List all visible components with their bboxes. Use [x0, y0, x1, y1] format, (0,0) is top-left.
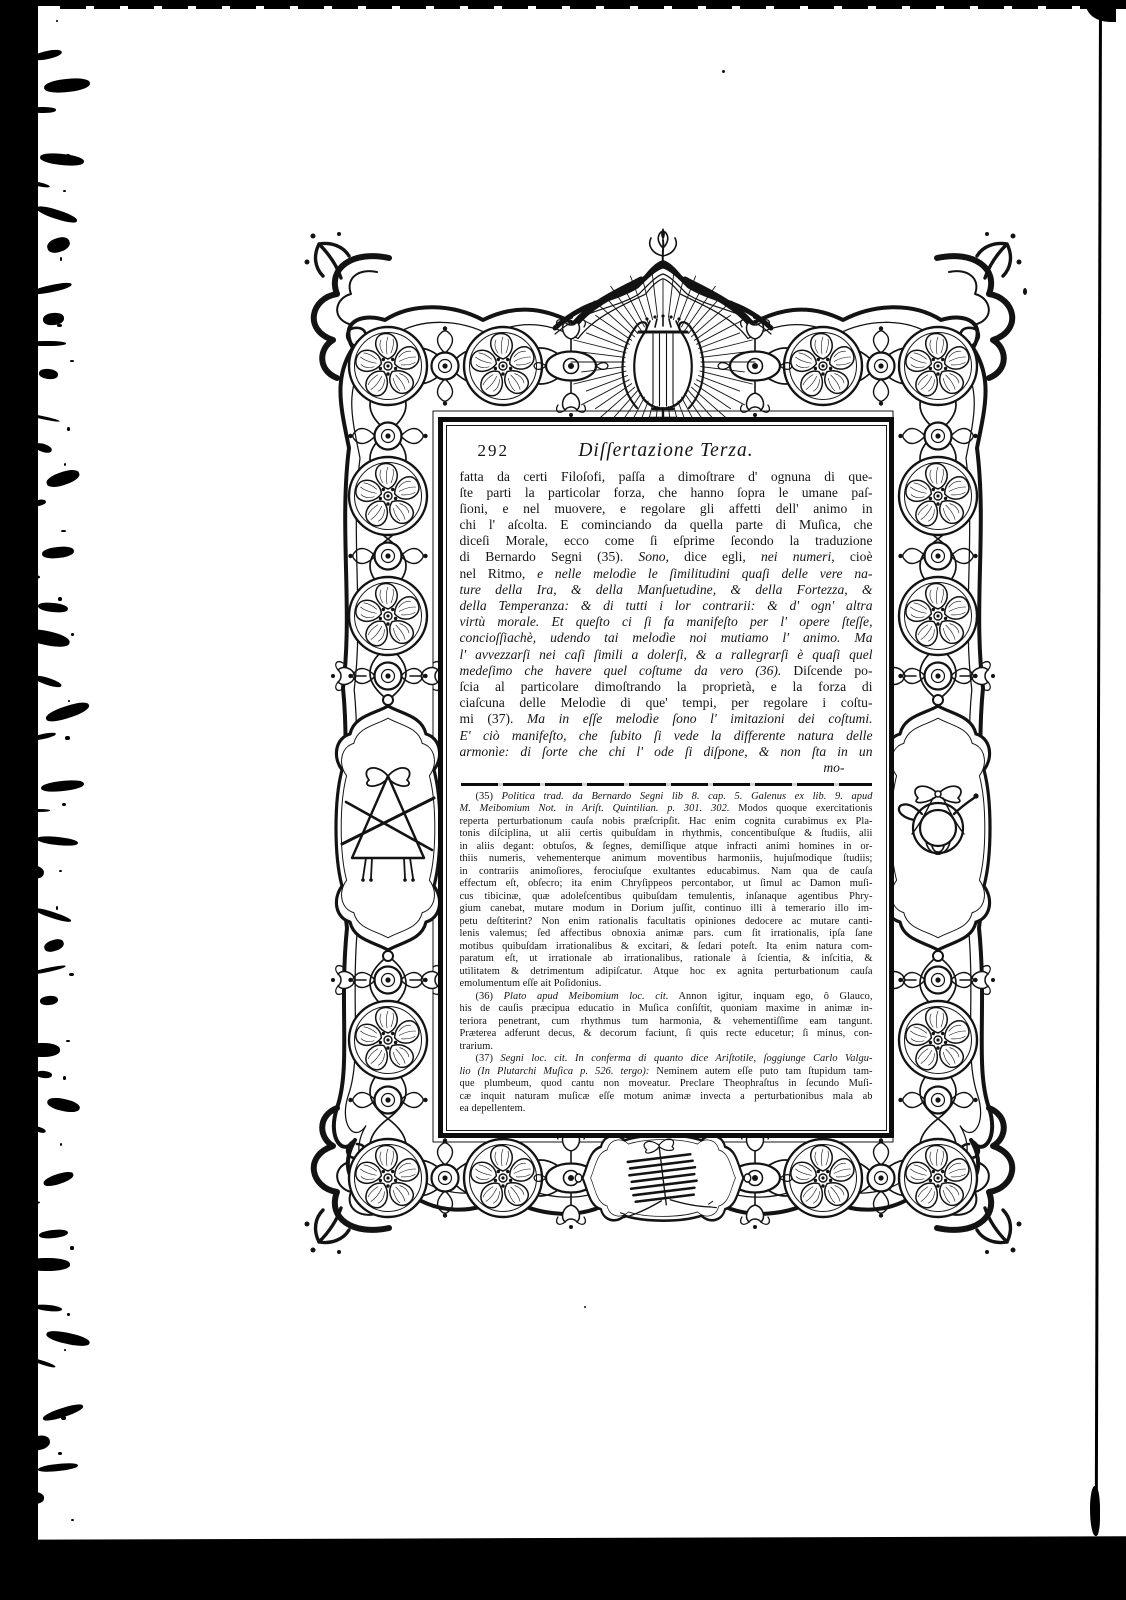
torn-edge-speck	[71, 1519, 74, 1521]
ring-link-icon	[432, 326, 459, 405]
plume-finial-icon	[650, 228, 677, 264]
text-line: diceſi Morale, ecco come ſi eſprime ſeco…	[460, 533, 873, 549]
torn-edge-streak	[22, 626, 71, 649]
footnote-separator-rule	[461, 783, 872, 786]
page-edge-blot	[1090, 1486, 1100, 1536]
text-line: mi (37). Ma in eſſe melodìe ſono l' imit…	[460, 711, 873, 727]
text-line: concioſſiachè, udendo tai melodìe noi mu…	[460, 630, 873, 646]
torn-edge-streak	[45, 235, 71, 255]
page-edge-line	[1095, 7, 1102, 1535]
rosette-icon	[464, 327, 542, 405]
tulip-icon	[741, 382, 770, 417]
torn-edge-streak	[46, 1096, 81, 1115]
torn-edge-speck	[67, 427, 70, 431]
ring-link-icon	[348, 1087, 427, 1114]
text-line: trarium.	[460, 1041, 873, 1054]
text-line: ciaſcuna delle Melodìe di que' tempi, pe…	[460, 695, 873, 711]
torn-edge-streak	[35, 1304, 62, 1313]
text-line: (36) Plato apud Meibomium loc. cit. Anno…	[460, 991, 873, 1004]
rosette-icon	[899, 577, 977, 655]
text-line: virtù morale. Et queſto ci ſi fa manifeſ…	[460, 614, 873, 630]
torn-edge-speck	[64, 1349, 66, 1351]
torn-edge-streak	[24, 1258, 70, 1271]
torn-edge-speck	[70, 1246, 74, 1250]
torn-edge-streak	[37, 835, 79, 847]
torn-edge-speck	[63, 190, 66, 192]
text-line: gium canebat, mutare modum in Dorium juſ…	[460, 903, 873, 916]
catchword: mo-	[460, 760, 873, 777]
torn-edge-speck	[57, 324, 62, 327]
torn-edge-streak	[31, 499, 47, 508]
text-line: di Bernardo Segni (35). Sono, dice egli,…	[460, 549, 873, 565]
torn-edge-streak	[32, 48, 62, 62]
torn-edge-streak	[27, 575, 40, 579]
panpipes-cartouche	[575, 1134, 751, 1220]
text-line: in contrariis animoſiores, ferociuſque e…	[460, 866, 873, 879]
torn-edge-speck	[67, 1313, 70, 1316]
torn-edge-streak	[33, 906, 72, 924]
text-line: E' ciò manifeſto, che ſubito ſi vede la …	[460, 728, 873, 744]
torn-edge-speck	[56, 906, 58, 910]
torn-edge-speck	[64, 463, 66, 466]
torn-edge-streak	[43, 77, 90, 95]
scan-bottom-edge	[0, 1542, 1126, 1600]
eye-ring-icon	[718, 352, 792, 381]
text-line: emolumentum eſſe ait Poſidonius.	[460, 978, 873, 991]
torn-edge-streak	[28, 341, 66, 346]
torn-edge-speck	[61, 1416, 66, 1420]
text-line: ea depellentem.	[460, 1103, 873, 1116]
torn-edge-streak	[21, 863, 45, 880]
rosette-icon	[784, 1139, 862, 1217]
torn-edge-streak	[28, 1201, 40, 1206]
text-line: tonis diſciplina, ut alii certis quibuſd…	[460, 828, 873, 841]
text-line: della Temperanza: & di tutti i lor contr…	[460, 598, 873, 614]
text-frame-inner-rule: 292 Diſſertazione Terza. fatta da certi …	[446, 425, 887, 1131]
torn-edge-speck	[58, 1452, 62, 1455]
torn-edge-streak	[39, 368, 59, 380]
torn-edge-speck	[60, 1143, 62, 1146]
text-line: fatta da certi Filoſofi, paſſa a dimoſtr…	[460, 469, 873, 485]
ring-link-icon	[898, 1087, 977, 1114]
ink-fleck	[584, 1306, 586, 1308]
text-line: cæ inquit naturam muſicæ eſſe motum anim…	[460, 1091, 873, 1104]
text-line: paratum eſt, ut irrationale ab irrationa…	[460, 953, 873, 966]
torn-edge-streak	[44, 699, 91, 724]
text-line: in aliis degant: obtuſos, & ſegnes, demi…	[460, 841, 873, 854]
torn-edge-speck	[62, 803, 66, 806]
torn-edge-streak	[43, 937, 65, 954]
triangle-cartouche	[336, 695, 440, 961]
text-line: ſcia al particolare dimoſtrando la propr…	[460, 679, 873, 695]
page-header: 292 Diſſertazione Terza.	[460, 440, 873, 462]
footnotes: (35) Politica trad. da Bernardo Segni li…	[460, 791, 873, 1116]
text-line: (35) Politica trad. da Bernardo Segni li…	[460, 791, 873, 804]
torn-edge-streak	[41, 779, 85, 793]
torn-edge-streak	[26, 1434, 51, 1452]
torn-edge-speck	[57, 1179, 62, 1181]
rosette-icon	[349, 1139, 427, 1217]
page-title: Diſſertazione Terza.	[530, 440, 803, 462]
torn-edge-speck	[63, 1076, 66, 1080]
torn-edge-speck	[61, 530, 66, 532]
ring-link-icon	[868, 326, 895, 405]
torn-edge-streak	[22, 2, 34, 9]
text-line: lenis valemus; ſed affectibus obnoxia an…	[460, 928, 873, 941]
tulip-icon	[557, 382, 586, 417]
text-line: (37) Segni loc. cit. In conferma di quan…	[460, 1053, 873, 1066]
torn-edge-streak	[40, 152, 85, 168]
text-line: medeſimo che havere quel coſtume da vero…	[460, 663, 873, 679]
rosette-icon	[349, 1001, 427, 1079]
torn-edge-streak	[45, 467, 81, 490]
text-line: petu deſtiterint? Non enim rationalis fa…	[460, 916, 873, 929]
torn-edge-streak	[26, 809, 50, 812]
rosette-icon	[349, 327, 427, 405]
text-frame: 292 Diſſertazione Terza. fatta da certi …	[438, 417, 894, 1138]
eye-ring-icon	[534, 352, 608, 381]
torn-edge-speck	[60, 257, 62, 261]
text-line: armonìe: di ſorte che chi l' ode ſi diſp…	[460, 744, 873, 760]
torn-edge-speck	[68, 700, 70, 702]
rosette-icon	[784, 327, 862, 405]
text-line: effectum eſt, obſecro; ita enim Chryſipp…	[460, 878, 873, 891]
torn-edge-speck	[70, 360, 74, 362]
torn-edge-streak	[25, 179, 50, 188]
text-line: utilitatem & detrimentum adipiſcatur. At…	[460, 966, 873, 979]
torn-edge-streak	[34, 674, 63, 689]
text-line: lio (In Plutarchi Muſica p. 526. tergo):…	[460, 1066, 873, 1079]
text-line: ture della Ira, & della Manſuetudine, & …	[460, 582, 873, 598]
torn-edge-streak	[32, 1125, 47, 1134]
torn-edge-streak	[38, 1462, 79, 1473]
text-line: thiis numeris, vehementerque animum move…	[460, 853, 873, 866]
torn-edge-speck	[66, 154, 70, 157]
rosette-icon	[899, 1001, 977, 1079]
torn-edge-streak	[24, 412, 60, 422]
scan-top-edge-ragged	[60, 5, 1126, 9]
torn-edge-streak	[23, 1492, 44, 1504]
torn-edge-streak	[36, 204, 79, 226]
rosette-icon	[899, 1139, 977, 1217]
ring-link-icon	[348, 543, 427, 570]
torn-edge-speck	[56, 20, 58, 22]
ring-link-icon	[898, 543, 977, 570]
torn-edge-speck	[66, 1040, 70, 1042]
scanned-book-page: 292 Diſſertazione Terza. fatta da certi …	[0, 0, 1126, 1600]
text-line: teriora penetrant, cum rhythmus tum harm…	[460, 1016, 873, 1029]
torn-edge-streak	[42, 1402, 85, 1424]
text-line: l' avvezzarſi nei caſi ſimili a dolerſi,…	[460, 647, 873, 663]
text-line: cus tibicinæ, quæ adoleſcentibus quibuſd…	[460, 891, 873, 904]
rosette-icon	[899, 327, 977, 405]
torn-edge-streak	[31, 1357, 56, 1369]
torn-edge-speck	[69, 87, 74, 91]
text-line: his de cauſis præcipua educatio in Muſic…	[460, 1003, 873, 1016]
torn-edge-streak	[34, 442, 53, 455]
ring-link-icon	[898, 423, 977, 450]
torn-edge-streak	[32, 281, 73, 296]
text-line: nel Ritmo, e nelle melodìe le ſimilitudi…	[460, 566, 873, 582]
torn-edge-streak	[40, 995, 59, 1006]
ink-fleck	[722, 70, 725, 73]
rosette-icon	[349, 457, 427, 535]
body-text: fatta da certi Filoſofi, paſſa a dimoſtr…	[460, 469, 873, 760]
torn-edge-speck	[58, 597, 62, 601]
rosette-icon	[464, 1139, 542, 1217]
text-line: ſioni, e nel muovere, e regolare gli aff…	[460, 501, 873, 517]
torn-edge-streak	[38, 601, 69, 613]
text-line: M. Meibomium Not. in Ariſt. Quintilian. …	[460, 803, 873, 816]
torn-page-edge	[0, 0, 110, 1600]
torn-edge-speck	[71, 633, 74, 636]
text-line: reperta perturbationum cauſa nobis præſc…	[460, 816, 873, 829]
text-line: Præterea adferunt decus, & decorum faciu…	[460, 1028, 873, 1041]
horn-cartouche	[886, 695, 990, 961]
torn-edge-streak	[39, 1229, 69, 1240]
torn-edge-speck	[69, 973, 74, 976]
torn-edge-speck	[65, 736, 70, 740]
torn-edge-streak	[29, 964, 66, 976]
ring-link-icon	[348, 423, 427, 450]
text-line: chi l' aſcolta. E cominciando da quella …	[460, 517, 873, 533]
text-line: ſte parti la particolar forza, che hanno…	[460, 485, 873, 501]
text-line: motibus quibuſdam irrationalibus & excit…	[460, 941, 873, 954]
torn-edge-streak	[25, 1043, 60, 1057]
torn-edge-speck	[59, 870, 62, 872]
rosette-icon	[899, 457, 977, 535]
torn-edge-streak	[42, 545, 75, 559]
rosette-icon	[349, 577, 427, 655]
torn-edge-streak	[30, 731, 56, 741]
torn-edge-streak	[45, 1329, 90, 1349]
text-line: que plumbeum, quod cantu non moveatur. P…	[460, 1078, 873, 1091]
torn-edge-streak	[36, 1070, 53, 1079]
torn-edge-streak	[29, 107, 56, 113]
page-number: 292	[460, 441, 530, 461]
